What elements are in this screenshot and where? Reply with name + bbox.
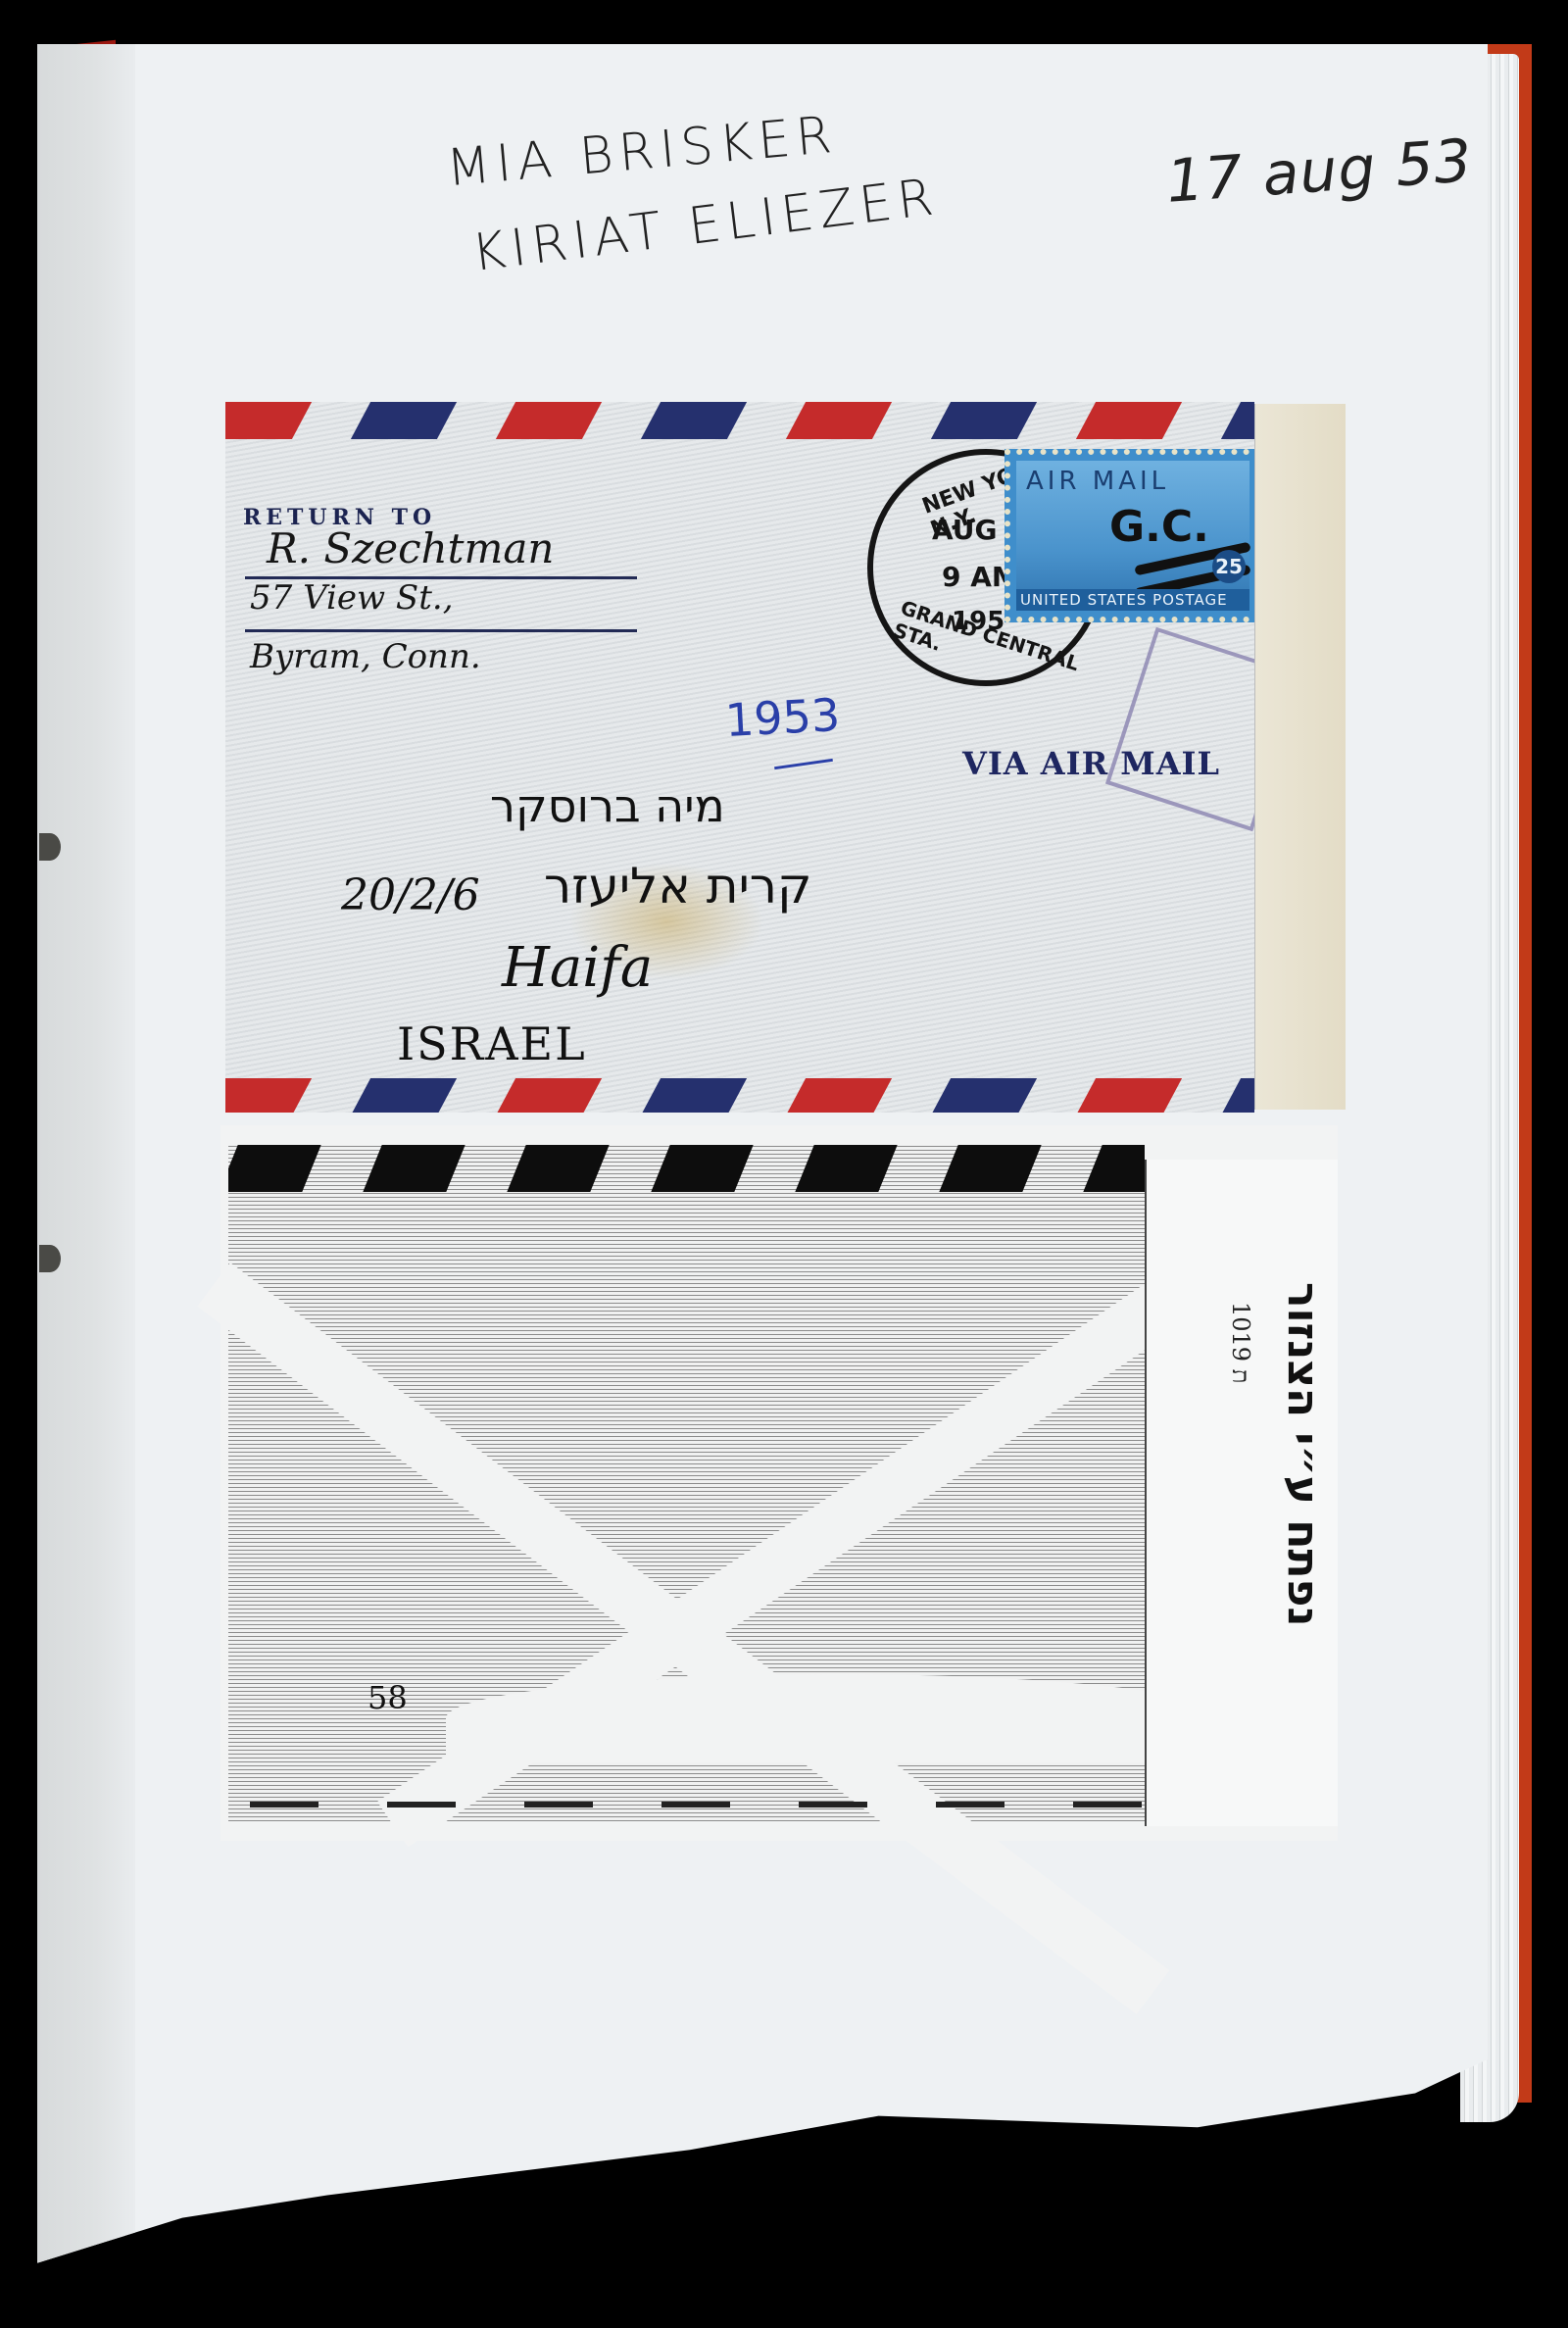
airmail-stripe (507, 1145, 609, 1192)
return-street: 57 View St., (250, 578, 454, 618)
return-name: R. Szechtman (267, 524, 554, 572)
pencil-note: 58 (367, 1679, 408, 1716)
airmail-stripe (931, 1078, 1037, 1113)
airmail-stripe (387, 1802, 456, 1808)
envelope-back-photocopy: 58 ת 1019 נפתח ע״י הצנזור (220, 1125, 1338, 1841)
envelope-front: RETURN TO R. Szechtman 57 View St., Byra… (225, 402, 1254, 1113)
airmail-stripe (1221, 402, 1254, 439)
airmail-stripe (1076, 1078, 1182, 1113)
address-city: Haifa (502, 936, 653, 1000)
airmail-stripe (225, 1078, 312, 1113)
reference-number: ת 1019 (1226, 1302, 1254, 1383)
addressee-name-hebrew: מיה ברוסקר (490, 779, 725, 832)
airmail-stripe (641, 1078, 747, 1113)
airmail-stripe (651, 1145, 753, 1192)
censor-label: נפתח ע״י הצנזור (1278, 1282, 1328, 1626)
airmail-border-bottom (250, 1802, 1132, 1809)
stamp-country: UNITED STATES POSTAGE (1016, 589, 1249, 611)
punch-hole-icon (39, 833, 61, 861)
airmail-border-bottom (225, 1078, 1254, 1113)
year-note: 1953 (724, 688, 842, 747)
airmail-stripe (1076, 402, 1182, 439)
airmail-stripe (795, 1145, 897, 1192)
address-country: ISRAEL (397, 1017, 587, 1070)
return-city: Byram, Conn. (250, 637, 481, 676)
envelope-flap (446, 1674, 1230, 1762)
airmail-stripe (1083, 1145, 1145, 1192)
airmail-stamp: AIR MAIL G.C. 25 UNITED STATES POSTAGE (1004, 449, 1254, 622)
page-gutter (37, 44, 135, 2308)
airmail-stripe (225, 402, 312, 439)
airmail-stripe (936, 1802, 1004, 1808)
house-number: 20/2/6 (341, 870, 480, 920)
airmail-stripe (228, 1145, 321, 1192)
airmail-stripe (496, 402, 602, 439)
airmail-stripe (939, 1145, 1041, 1192)
stamp-bridge-image: AIR MAIL G.C. 25 UNITED STATES POSTAGE (1016, 461, 1249, 611)
airmail-stripe (1221, 1078, 1254, 1113)
airmail-stripe (786, 402, 892, 439)
stamp-value: 25 (1212, 550, 1246, 583)
airmail-stripe (799, 1802, 867, 1808)
airmail-stripe (363, 1145, 465, 1192)
stamp-label: AIR MAIL (1026, 467, 1169, 496)
airmail-stripe (250, 1802, 318, 1808)
airmail-stripe (661, 1802, 730, 1808)
punch-hole-icon (39, 1245, 61, 1272)
airmail-border-top (228, 1145, 1145, 1192)
airmail-stripe (641, 402, 747, 439)
stamp-overprint: G.C. (1109, 502, 1209, 552)
year-underline (774, 759, 833, 769)
airmail-stripe (786, 1078, 892, 1113)
airmail-border-top (225, 402, 1254, 439)
airmail-stripe (351, 1078, 457, 1113)
censor-tape (1254, 404, 1346, 1110)
airmail-stripe (496, 1078, 602, 1113)
airmail-stripe (1073, 1802, 1142, 1808)
airmail-stripe (351, 402, 457, 439)
airmail-stripe (931, 402, 1037, 439)
address-hebrew: קרית אליעזר (544, 858, 812, 915)
return-line (245, 629, 637, 632)
airmail-stripe (524, 1802, 593, 1808)
